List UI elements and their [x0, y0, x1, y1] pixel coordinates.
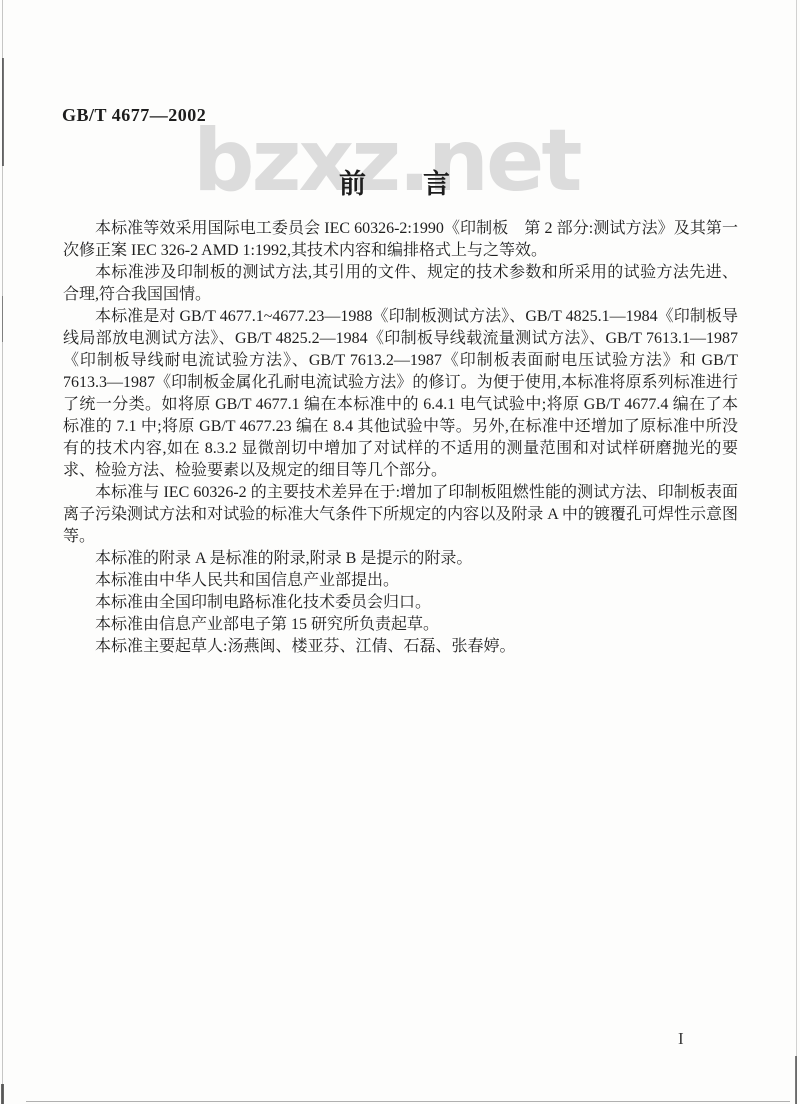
foreword-paragraph: 本标准涉及印制板的测试方法,其引用的文件、规定的技术参数和所采用的试验方法先进、… — [63, 262, 738, 306]
scan-edge-right-mark — [795, 1056, 797, 1104]
foreword-paragraph: 本标准由中华人民共和国信息产业部提出。 — [63, 570, 738, 592]
standard-number: GB/T 4677—2002 — [62, 105, 206, 126]
foreword-paragraph: 本标准由信息产业部电子第 15 研究所负责起草。 — [63, 614, 738, 636]
foreword-paragraph: 本标准是对 GB/T 4677.1~4677.23—1988《印制板测试方法》、… — [63, 306, 738, 482]
scan-edge-left-mark — [2, 296, 3, 342]
foreword-body: 本标准等效采用国际电工委员会 IEC 60326-2:1990《印制板 第 2 … — [63, 218, 738, 658]
page-title: 前 言 — [0, 162, 790, 201]
foreword-paragraph: 本标准等效采用国际电工委员会 IEC 60326-2:1990《印制板 第 2 … — [63, 218, 738, 262]
foreword-paragraph: 本标准由全国印制电路标准化技术委员会归口。 — [63, 592, 738, 614]
page-number: I — [678, 1029, 684, 1049]
scan-edge-bottom — [26, 1101, 790, 1102]
scan-edge-right — [796, 0, 797, 1104]
document-page: bzxz.net GB/T 4677—2002 前 言 本标准等效采用国际电工委… — [0, 0, 800, 1104]
foreword-paragraph: 本标准的附录 A 是标准的附录,附录 B 是提示的附录。 — [63, 548, 738, 570]
foreword-paragraph: 本标准主要起草人:汤燕闽、楼亚芬、江倩、石磊、张春婷。 — [63, 636, 738, 658]
scan-edge-left-mark — [2, 58, 4, 166]
foreword-paragraph: 本标准与 IEC 60326-2 的主要技术差异在于:增加了印制板阻燃性能的测试… — [63, 482, 738, 548]
scan-edge-left-mark — [1, 1084, 4, 1104]
